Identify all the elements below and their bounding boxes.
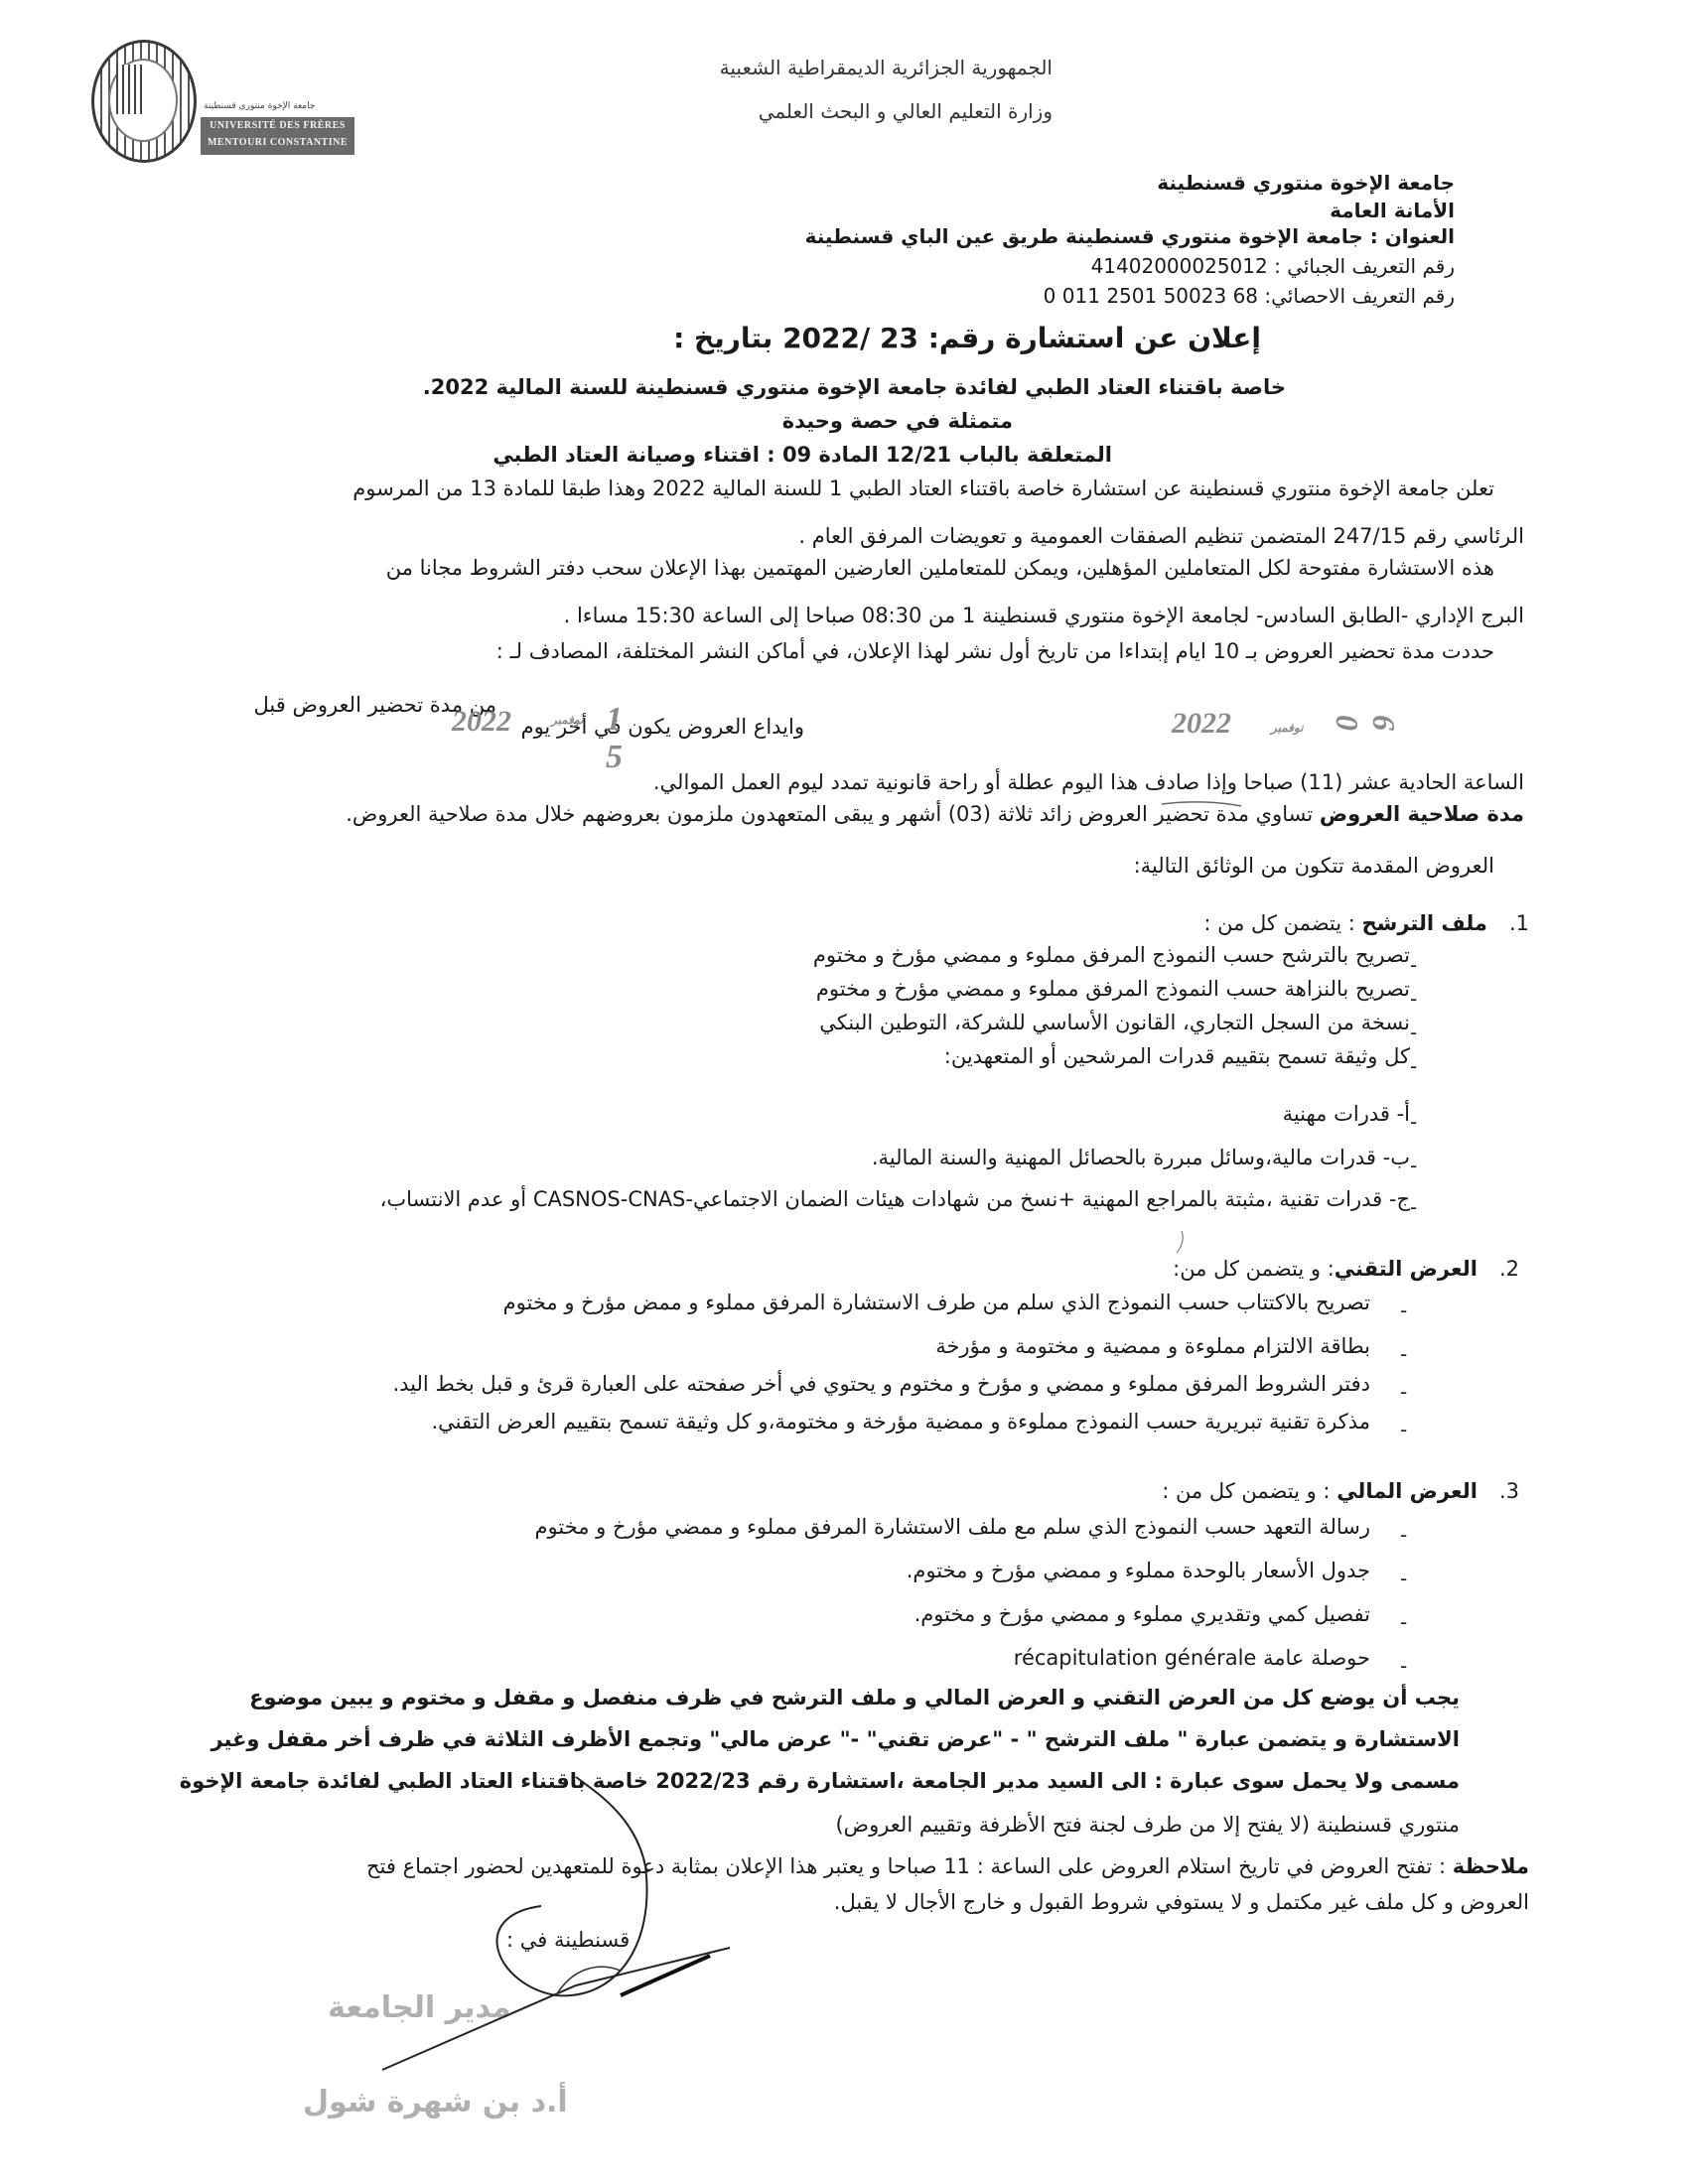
section-title-rest: : يتضمن كل من : xyxy=(1203,911,1361,935)
institution-tax-id: رقم التعريف الجبائي : 41402000025012 xyxy=(1091,254,1455,278)
section-number: 3. xyxy=(1499,1479,1519,1503)
section-number: 1. xyxy=(1509,911,1529,935)
dash-icon: - xyxy=(1400,1418,1407,1441)
note-line-1: ملاحظة : تفتح العروض في تاريخ استلام الع… xyxy=(366,1856,1529,1877)
dash-icon: - xyxy=(1400,1298,1407,1322)
logo-arabic-caption: جامعة الإخوة منتوري قسنطينة xyxy=(204,101,315,111)
list-item: تفصيل كمي وتقديري مملوء و ممضي مؤرخ و مخ… xyxy=(914,1602,1370,1626)
section-3-header: 3.العرض المالي : و يتضمن كل من : xyxy=(1162,1479,1519,1503)
dash-icon: - xyxy=(1400,1380,1407,1404)
notice-lot: متمثلة في حصة وحيدة xyxy=(782,409,1013,433)
list-item: مذكرة تقنية تبريرية حسب النموذج مملوءة و… xyxy=(432,1410,1371,1433)
validity-line: مدة صلاحية العروض تساوي مدة تحضير العروض… xyxy=(346,804,1524,825)
availability-line-2: البرج الإداري -الطابق السادس- لجامعة الإ… xyxy=(564,606,1524,626)
list-item: بطاقة الالتزام مملوءة و ممضية و مختومة و… xyxy=(935,1334,1370,1358)
section-2-header: 2.العرض التقني: و يتضمن كل من: xyxy=(1173,1257,1519,1281)
stamp-month: نوفمبر xyxy=(1271,721,1303,736)
list-item: كل وثيقة تسمح بتقييم قدرات المرشحين أو ا… xyxy=(944,1044,1410,1068)
notice-subtitle: خاصة باقتناء العتاد الطبي لفائدة جامعة ا… xyxy=(423,375,1286,399)
deadline-line-1: حددت مدة تحضير العروض بـ 10 ايام إبتداءا… xyxy=(496,641,1494,662)
list-item: تصريح بالاكتتاب حسب النموذج الذي سلم من … xyxy=(503,1291,1370,1314)
ministry-header: وزارة التعليم العالي و البحث العلمي xyxy=(759,99,1053,123)
note-label: ملاحظة xyxy=(1453,1854,1529,1878)
stamp-day: 6 0 xyxy=(1329,715,1402,731)
institution-department: الأمانة العامة xyxy=(1330,199,1455,222)
dash-icon: - xyxy=(1410,953,1417,977)
dash-icon: - xyxy=(1410,1054,1417,1078)
signature-place: قسنطينة في : xyxy=(506,1930,630,1951)
dash-icon: - xyxy=(1410,1110,1417,1134)
list-item: حوصلة عامة récapitulation générale xyxy=(1014,1646,1370,1670)
dash-icon: - xyxy=(1410,1154,1417,1177)
list-item: ب- قدرات مالية،وسائل مبررة بالحصائل المه… xyxy=(872,1146,1410,1169)
section-title: ملف الترشح xyxy=(1362,911,1487,935)
note-line-2: العروض و كل ملف غير مكتمل و لا يستوفي شر… xyxy=(834,1892,1529,1913)
institution-address: العنوان : جامعة الإخوة منتوري قسنطينة طر… xyxy=(805,224,1455,248)
stamp-year: 2022 xyxy=(452,705,511,739)
signatory-name-stamp: أ.د بن شهرة شول xyxy=(303,2085,568,2119)
intro-line-1: تعلن جامعة الإخوة منتوري قسنطينة عن استش… xyxy=(352,478,1494,499)
envelope-line-2: الاستشارة و يتضمن عبارة " ملف الترشح " -… xyxy=(211,1729,1460,1750)
logo-band-line1: UNIVERSITÉ DES FRÈRES xyxy=(201,117,354,134)
dash-icon: - xyxy=(1400,1567,1407,1590)
stamp-month: نوفمبر xyxy=(551,713,583,728)
dash-icon: - xyxy=(1410,1195,1417,1219)
logo-band: UNIVERSITÉ DES FRÈRES MENTOURI CONSTANTI… xyxy=(201,117,354,155)
stamp-day: 1 5 xyxy=(606,701,629,776)
list-item: نسخة من السجل التجاري، القانون الأساسي ل… xyxy=(819,1011,1410,1034)
list-item: رسالة التعهد حسب النموذج الذي سلم مع ملف… xyxy=(535,1515,1370,1539)
list-item: تصريح بالترشح حسب النموذج المرفق مملوء و… xyxy=(813,943,1410,967)
availability-line-1: هذه الاستشارة مفتوحة لكل المتعاملين المؤ… xyxy=(386,558,1494,579)
university-seal-icon xyxy=(91,40,197,163)
university-logo: جامعة الإخوة منتوري قسنطينة UNIVERSITÉ D… xyxy=(91,40,379,169)
envelope-line-1: يجب أن يوضع كل من العرض التقني و العرض ا… xyxy=(249,1688,1460,1708)
dash-icon: - xyxy=(1400,1523,1407,1547)
section-number: 2. xyxy=(1499,1257,1519,1281)
documents-intro: العروض المقدمة تتكون من الوثائق التالية: xyxy=(1134,856,1494,877)
logo-band-line2: MENTOURI CONSTANTINE xyxy=(201,134,354,151)
institution-name: جامعة الإخوة منتوري قسنطينة xyxy=(1157,171,1455,195)
dash-icon: - xyxy=(1410,1021,1417,1044)
section-1-header: 1.ملف الترشح : يتضمن كل من : xyxy=(1203,911,1529,935)
signatory-role-stamp: مدير الجامعة xyxy=(328,1990,510,2025)
section-title-rest: : و يتضمن كل من: xyxy=(1173,1257,1335,1281)
institution-stat-id: رقم التعريف الاحصائي: 68 50023 2501 011 … xyxy=(1044,284,1455,308)
list-item: تصريح بالنزاهة حسب النموذج المرفق مملوء … xyxy=(816,977,1410,1001)
list-item: ج- قدرات تقنية ،مثبتة بالمراجع المهنية +… xyxy=(380,1187,1410,1211)
section-title-rest: : و يتضمن كل من : xyxy=(1162,1479,1336,1503)
stamp-year: 2022 xyxy=(1172,707,1231,741)
dash-icon: - xyxy=(1400,1610,1407,1634)
note-text: : تفتح العروض في تاريخ استلام العروض على… xyxy=(366,1854,1453,1878)
deadline-line-3: الساعة الحادية عشر (11) صباحا وإذا صادف … xyxy=(653,772,1524,793)
dash-icon: - xyxy=(1400,1654,1407,1678)
dash-icon: - xyxy=(1400,1342,1407,1366)
notice-chapter: المتعلقة بالباب 12/21 المادة 09 : اقتناء… xyxy=(492,443,1112,467)
republic-header: الجمهورية الجزائرية الديمقراطية الشعبية xyxy=(720,56,1053,79)
validity-text: تساوي مدة تحضير العروض زائد ثلاثة (03) أ… xyxy=(346,802,1320,826)
intro-line-2: الرئاسي رقم 247/15 المتضمن تنظيم الصفقات… xyxy=(798,526,1524,547)
list-item: أ- قدرات مهنية xyxy=(1283,1102,1410,1126)
section-title: العرض المالي xyxy=(1336,1479,1477,1503)
notice-title: إعلان عن استشارة رقم: 23 /2022 بتاريخ : xyxy=(673,322,1261,354)
list-item: دفتر الشروط المرفق مملوء و ممضي و مؤرخ و… xyxy=(392,1372,1370,1396)
list-item: جدول الأسعار بالوحدة مملوء و ممضي مؤرخ و… xyxy=(907,1559,1370,1582)
validity-label: مدة صلاحية العروض xyxy=(1320,802,1524,826)
section-title: العرض التقني xyxy=(1335,1257,1477,1281)
dash-icon: - xyxy=(1410,987,1417,1011)
envelope-line-3: مسمى ولا يحمل سوى عبارة : الى السيد مدير… xyxy=(180,1771,1460,1792)
envelope-line-4: منتوري قسنطينة (لا يفتح إلا من طرف لجنة … xyxy=(835,1815,1460,1836)
